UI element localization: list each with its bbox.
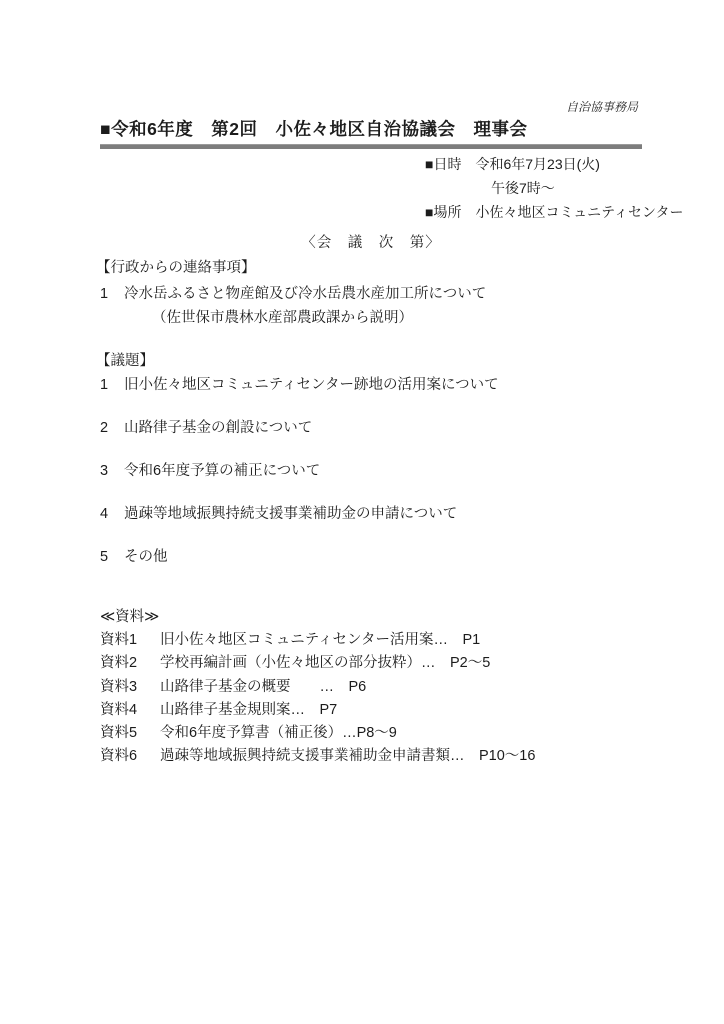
admin-item-note: （佐世保市農林水産部農政課から説明）: [100, 306, 486, 330]
material-row: 資料3山路律子基金の概要 … P6: [100, 676, 535, 699]
document-title: ■令和6年度 第2回 小佐々地区自治協議会 理事会: [100, 116, 528, 141]
topic-number: 2: [100, 416, 124, 440]
material-row: 資料2学校再編計画（小佐々地区の部分抜粋）… P2～5: [100, 652, 535, 675]
material-label: 資料4: [100, 699, 160, 722]
document-page: 自治協事務局 ■令和6年度 第2回 小佐々地区自治協議会 理事会 ■日時 令和6…: [0, 0, 724, 1024]
topic-text: 過疎等地域振興持続支援事業補助金の申請について: [124, 506, 457, 522]
material-text: 旧小佐々地区コミュニティセンター活用案… P1: [160, 632, 480, 648]
material-label: 資料1: [100, 629, 160, 652]
topic-text: 旧小佐々地区コミュニティセンター跡地の活用案について: [124, 377, 499, 393]
material-label: 資料6: [100, 745, 160, 768]
material-text: 山路律子基金の概要 … P6: [160, 679, 366, 695]
admin-item-number: 1: [100, 282, 124, 306]
topic-row: 1旧小佐々地区コミュニティセンター跡地の活用案について: [96, 373, 499, 397]
material-text: 山路律子基金規則案… P7: [160, 702, 337, 718]
agenda-heading: 〈会 議 次 第〉: [100, 231, 642, 252]
topic-number: 3: [100, 459, 124, 483]
topic-text: 令和6年度予算の補正について: [124, 463, 320, 479]
topics-section: 【議題】 1旧小佐々地区コミュニティセンター跡地の活用案について 2山路律子基金…: [96, 349, 499, 588]
title-underline-rule: [100, 144, 642, 149]
material-label: 資料3: [100, 676, 160, 699]
topics-section-title: 【議題】: [96, 349, 499, 373]
materials-heading: ≪資料≫: [100, 606, 535, 629]
material-label: 資料5: [100, 722, 160, 745]
topic-text: その他: [124, 549, 168, 565]
topic-number: 4: [100, 502, 124, 526]
material-text: 過疎等地域振興持続支援事業補助金申請書類… P10～16: [160, 748, 535, 764]
topic-text: 山路律子基金の創設について: [124, 420, 312, 436]
meeting-place: ■場所 小佐々地区コミュニティセンター: [425, 200, 684, 224]
material-row: 資料4山路律子基金規則案… P7: [100, 699, 535, 722]
material-label: 資料2: [100, 652, 160, 675]
office-note: 自治協事務局: [566, 98, 638, 115]
admin-item-row: 1冷水岳ふるさと物産館及び冷水岳農水産加工所について （佐世保市農林水産部農政課…: [96, 282, 486, 330]
meeting-meta-block: ■日時 令和6年7月23日(火) 午後7時～ ■場所 小佐々地区コミュニティセン…: [425, 152, 684, 224]
topic-row: 2山路律子基金の創設について: [96, 416, 499, 440]
material-text: 令和6年度予算書（補正後）…P8～9: [160, 725, 397, 741]
topic-number: 1: [100, 373, 124, 397]
meeting-time: 午後7時～: [425, 176, 684, 200]
topic-row: 3令和6年度予算の補正について: [96, 459, 499, 483]
material-row: 資料6過疎等地域振興持続支援事業補助金申請書類… P10～16: [100, 745, 535, 768]
admin-section-title: 【行政からの連絡事項】: [96, 256, 486, 280]
topic-row: 5その他: [96, 545, 499, 569]
admin-notices-section: 【行政からの連絡事項】 1冷水岳ふるさと物産館及び冷水岳農水産加工所について （…: [96, 256, 486, 330]
topic-row: 4過疎等地域振興持続支援事業補助金の申請について: [96, 502, 499, 526]
topic-number: 5: [100, 545, 124, 569]
material-row: 資料1旧小佐々地区コミュニティセンター活用案… P1: [100, 629, 535, 652]
admin-item-text: 冷水岳ふるさと物産館及び冷水岳農水産加工所について: [124, 286, 486, 302]
material-row: 資料5令和6年度予算書（補正後）…P8～9: [100, 722, 535, 745]
meeting-datetime: ■日時 令和6年7月23日(火): [425, 152, 684, 176]
materials-section: ≪資料≫ 資料1旧小佐々地区コミュニティセンター活用案… P1 資料2学校再編計…: [100, 606, 535, 768]
material-text: 学校再編計画（小佐々地区の部分抜粋）… P2～5: [160, 655, 490, 671]
